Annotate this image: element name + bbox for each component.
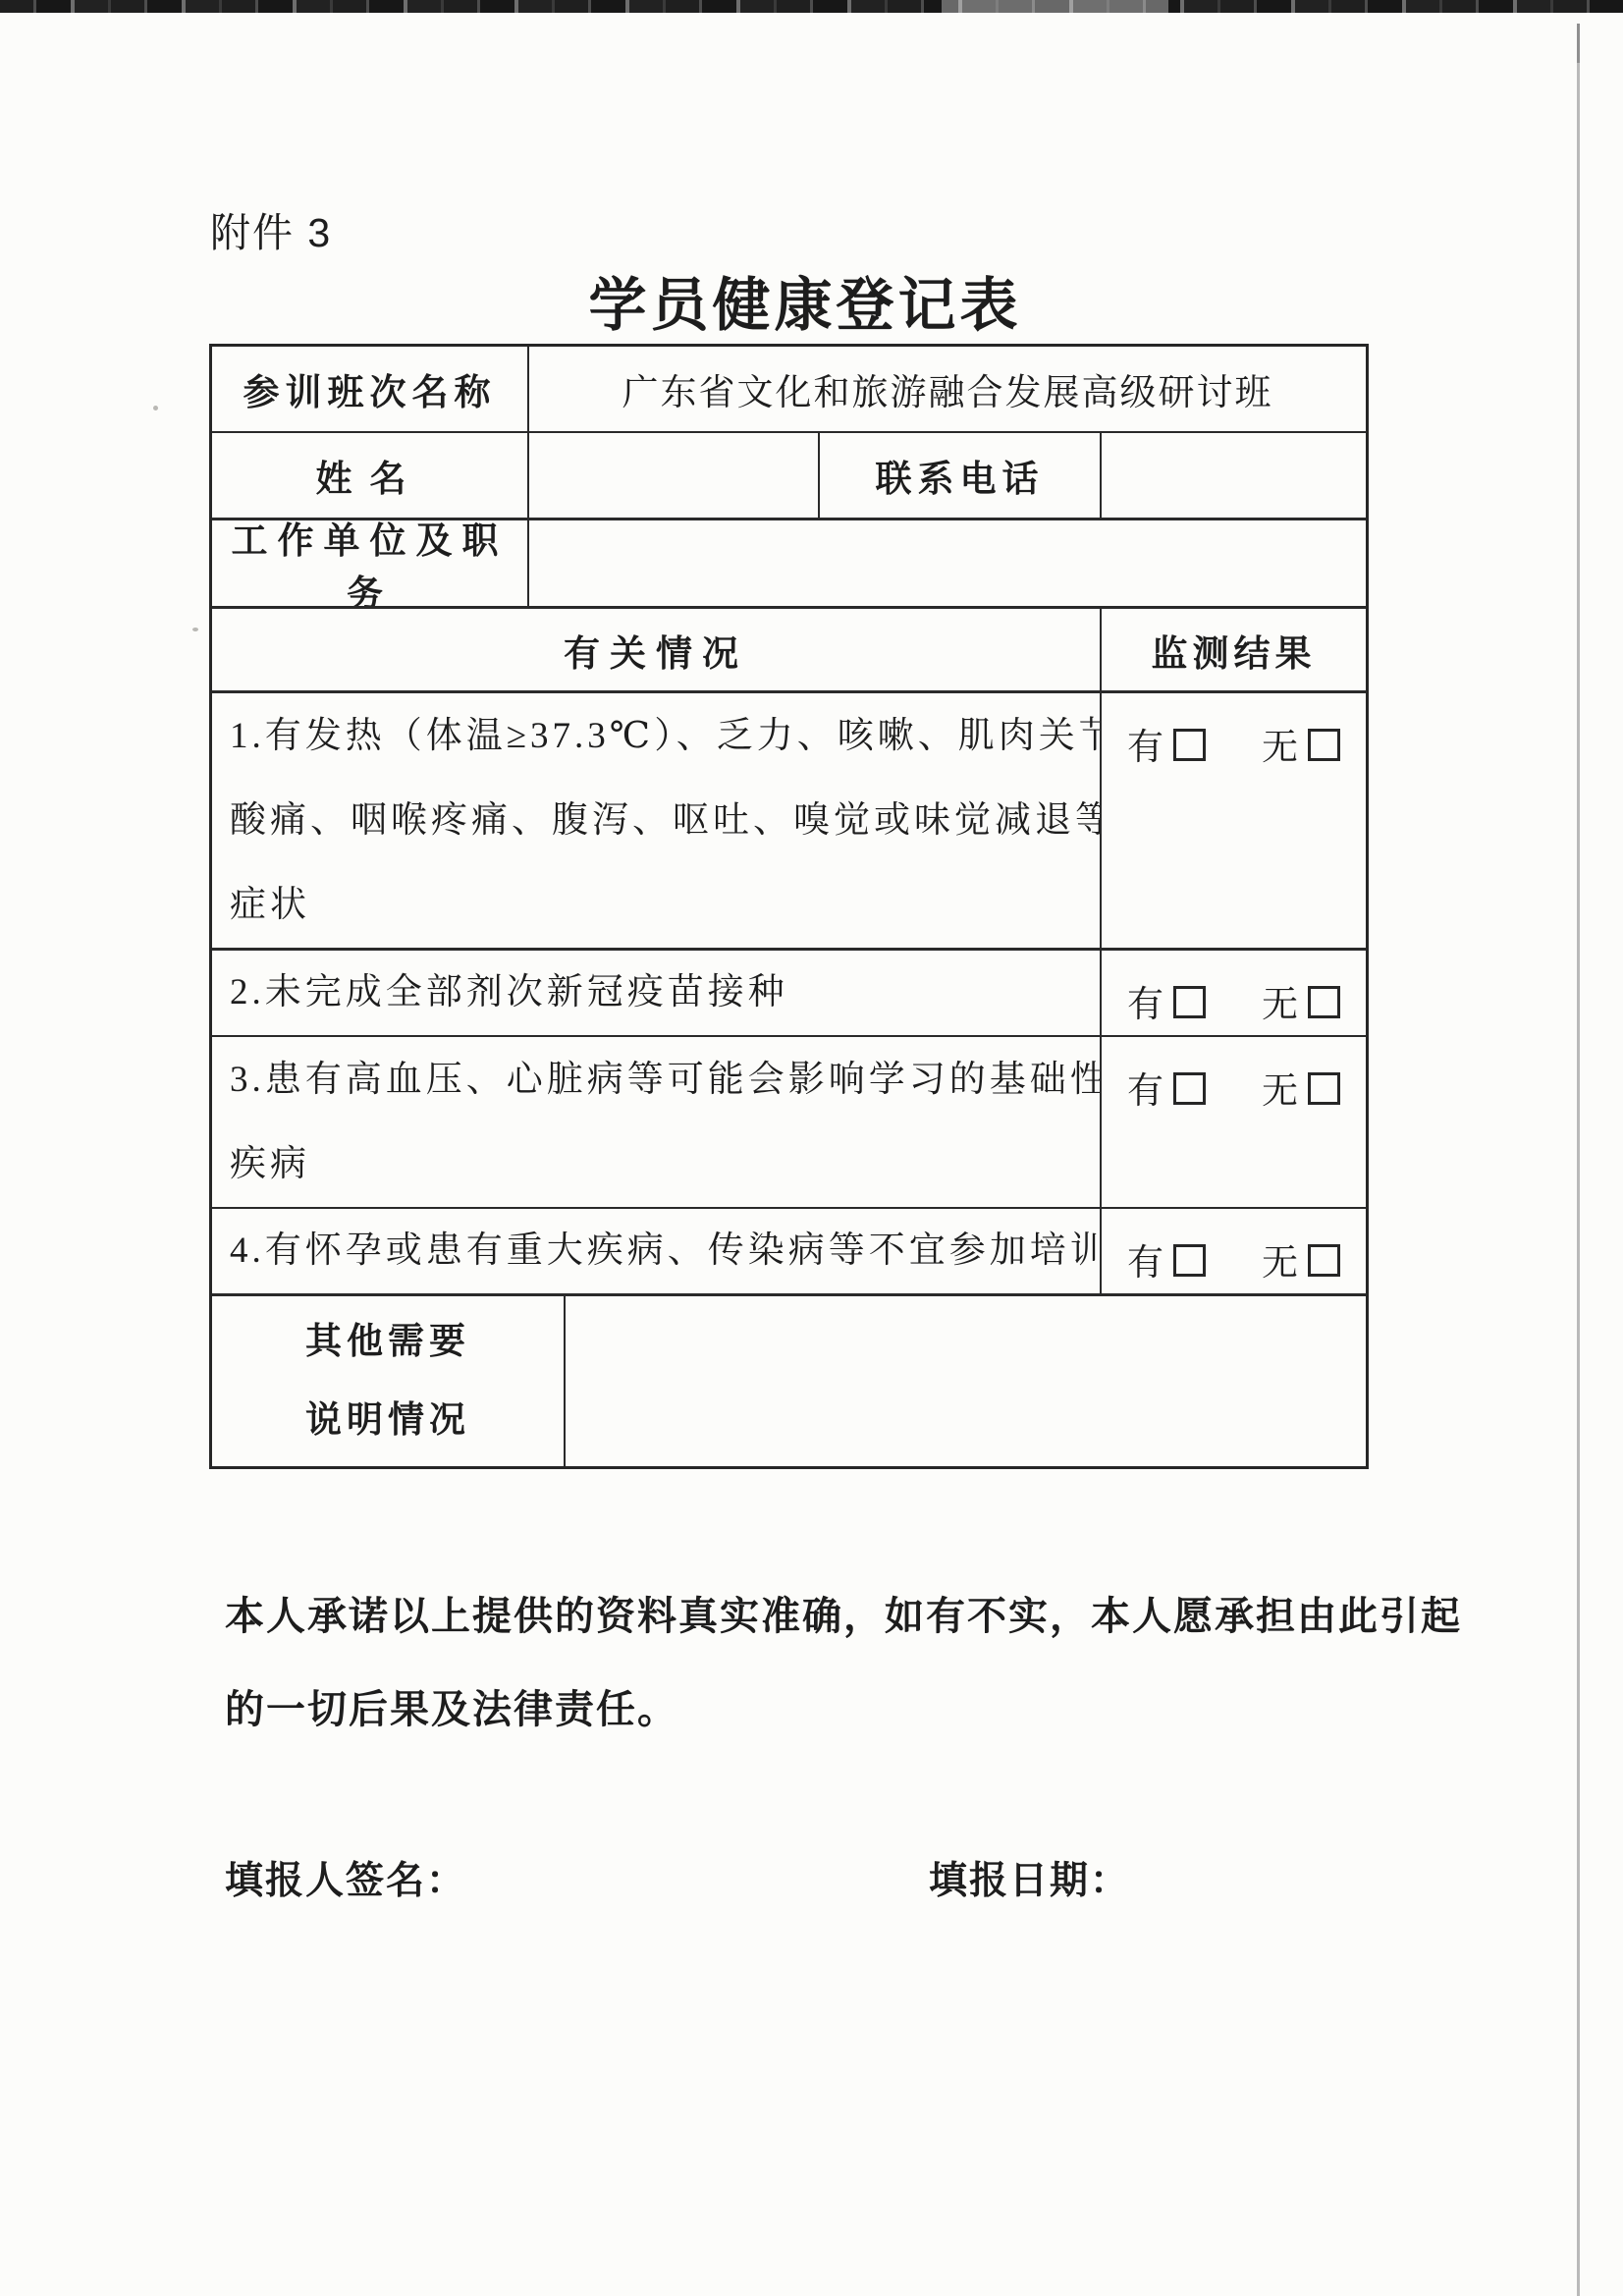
date-label: 填报日期： (929, 1850, 1130, 1905)
scanner-top-artifact (0, 0, 1623, 13)
scanner-edge-line (1577, 24, 1580, 2296)
option-no: 无 (1262, 974, 1340, 1027)
situation-header: 有关情况 (212, 609, 1102, 690)
item-4-line-1: 4.有怀孕或患有重大疾病、传染病等不宜参加培训 (230, 1209, 1102, 1293)
yes-checkbox[interactable] (1173, 1244, 1206, 1277)
attachment-label: 附件 3 (210, 200, 332, 258)
item-2-result-cell: 有 无 (1102, 951, 1366, 1035)
item-3-line-1: 3.患有高血压、心脏病等可能会影响学习的基础性 (230, 1038, 1102, 1122)
row-other-notes: 其他需要 说明情况 (212, 1296, 1366, 1466)
row-item-3: 3.患有高血压、心脏病等可能会影响学习的基础性 疾病 有 无 (212, 1037, 1366, 1209)
item-1-text-cell: 1.有发热（体温≥37.3℃）、乏力、咳嗽、肌肉关节 酸痛、咽喉疼痛、腹泻、呕吐… (212, 693, 1102, 948)
yes-label: 有 (1127, 974, 1163, 1027)
row-work-unit: 工作单位及职务 (212, 520, 1366, 609)
other-notes-input-cell[interactable] (566, 1296, 1366, 1466)
item-2-line-1: 2.未完成全部剂次新冠疫苗接种 (230, 951, 788, 1035)
phone-input-cell[interactable] (1102, 433, 1366, 518)
item-1-line-3: 症状 (230, 863, 1102, 948)
declaration-line-2: 的一切后果及法律责任。 (225, 1663, 1408, 1756)
name-label: 姓名 (212, 433, 529, 518)
scan-speck (192, 628, 198, 631)
yes-label: 有 (1127, 1232, 1163, 1285)
row-item-1: 1.有发热（体温≥37.3℃）、乏力、咳嗽、肌肉关节 酸痛、咽喉疼痛、腹泻、呕吐… (212, 693, 1366, 951)
work-unit-input-cell[interactable] (529, 520, 1366, 606)
item-1-line-2: 酸痛、咽喉疼痛、腹泻、呕吐、嗅觉或味觉减退等 (230, 779, 1102, 863)
yes-checkbox[interactable] (1173, 729, 1206, 761)
item-4-result-cell: 有 无 (1102, 1209, 1366, 1293)
item-4-text-cell: 4.有怀孕或患有重大疾病、传染病等不宜参加培训 (212, 1209, 1102, 1293)
result-header: 监测结果 (1102, 609, 1366, 690)
row-section-header: 有关情况 监测结果 (212, 609, 1366, 693)
option-yes: 有 (1127, 1232, 1206, 1285)
no-checkbox[interactable] (1308, 1244, 1340, 1277)
no-label: 无 (1262, 1232, 1298, 1285)
item-3-result-cell: 有 无 (1102, 1037, 1366, 1207)
item-1-result-cell: 有 无 (1102, 693, 1366, 948)
row-name-phone: 姓名 联系电话 (212, 433, 1366, 520)
declaration-line-1: 本人承诺以上提供的资料真实准确，如有不实，本人愿承担由此引起 (225, 1569, 1408, 1663)
item-2-text-cell: 2.未完成全部剂次新冠疫苗接种 (212, 951, 1102, 1035)
other-notes-label: 其他需要 说明情况 (212, 1296, 566, 1466)
no-label: 无 (1262, 974, 1298, 1027)
signature-label: 填报人签名： (225, 1850, 466, 1905)
yes-label: 有 (1127, 1061, 1163, 1114)
option-no: 无 (1262, 1232, 1340, 1285)
no-checkbox[interactable] (1308, 986, 1340, 1018)
yes-label: 有 (1127, 717, 1163, 770)
no-label: 无 (1262, 717, 1298, 770)
option-yes: 有 (1127, 974, 1206, 1027)
class-name-label: 参训班次名称 (212, 347, 529, 431)
name-input-cell[interactable] (529, 433, 820, 518)
item-3-text-cell: 3.患有高血压、心脏病等可能会影响学习的基础性 疾病 (212, 1037, 1102, 1207)
no-checkbox[interactable] (1308, 1072, 1340, 1105)
option-yes: 有 (1127, 717, 1206, 770)
yes-checkbox[interactable] (1173, 986, 1206, 1018)
row-item-4: 4.有怀孕或患有重大疾病、传染病等不宜参加培训 有 无 (212, 1209, 1366, 1296)
option-no: 无 (1262, 1061, 1340, 1114)
row-item-2: 2.未完成全部剂次新冠疫苗接种 有 无 (212, 951, 1366, 1037)
class-name-value: 广东省文化和旅游融合发展高级研讨班 (529, 347, 1366, 431)
other-notes-label-line-1: 其他需要 (305, 1303, 470, 1382)
no-checkbox[interactable] (1308, 729, 1340, 761)
health-registration-table: 参训班次名称 广东省文化和旅游融合发展高级研讨班 姓名 联系电话 工作单位及职务… (209, 344, 1369, 1469)
option-no: 无 (1262, 717, 1340, 770)
declaration-text: 本人承诺以上提供的资料真实准确，如有不实，本人愿承担由此引起 的一切后果及法律责… (225, 1569, 1408, 1756)
row-class-name: 参训班次名称 广东省文化和旅游融合发展高级研讨班 (212, 347, 1366, 433)
page-title: 学员健康登记表 (0, 258, 1610, 342)
scan-speck (153, 406, 158, 410)
other-notes-label-line-2: 说明情况 (305, 1382, 470, 1460)
yes-checkbox[interactable] (1173, 1072, 1206, 1105)
item-1-line-1: 1.有发热（体温≥37.3℃）、乏力、咳嗽、肌肉关节 (230, 694, 1102, 779)
work-unit-label: 工作单位及职务 (212, 520, 529, 606)
no-label: 无 (1262, 1061, 1298, 1114)
option-yes: 有 (1127, 1061, 1206, 1114)
phone-label: 联系电话 (820, 433, 1102, 518)
item-3-line-2: 疾病 (230, 1122, 1102, 1207)
